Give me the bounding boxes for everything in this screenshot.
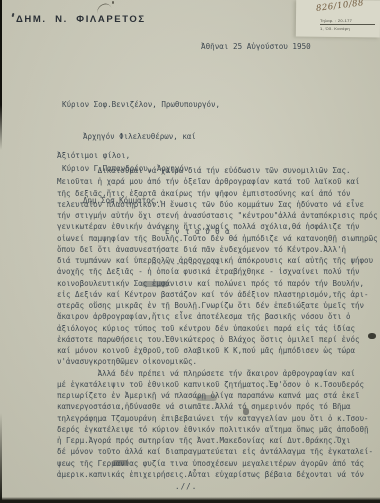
body-line: Ἀλλά δέν πρέπει νά πληρώσετε τήν ἄκαιρον… bbox=[57, 368, 379, 379]
body-line: μέ ἐγκατάλειψιν τοῦ ἐθνικοῦ καπνικοῦ ζητ… bbox=[57, 379, 379, 390]
body-line: τελευταῖον πλαστηρικόν.Ἡ ἕνωσις τῶν δύο … bbox=[57, 199, 379, 210]
body-line: καπνεργοστάσια,ἠδύνασθε νά σιωπᾶτε.Ἀλλά … bbox=[57, 401, 379, 412]
salutation: Ἀξιότιμοι φίλοι, bbox=[57, 151, 130, 160]
recipient-line: Κύριον Σοφ.Βενιζέλον, Πρωθυπουργόν, bbox=[62, 100, 230, 111]
body-line: ἀξιόλογος κύριος τύπος τοῦ κέντρου δέν ὑ… bbox=[57, 323, 379, 334]
body-line: καί μόνον κοινοῦ ἐχθροῦ,τοῦ σλαβικοῦ Κ Κ… bbox=[57, 345, 379, 356]
body-line: κοινοβουλευτικήν Σας ἐμφάνισιν καί πολών… bbox=[57, 278, 379, 289]
body-line: εἰς Δεξιάν καί Κέντρον βαστάζον καί τόν … bbox=[57, 289, 379, 300]
letterhead-address: 1, Ὁδ. Κανάρη bbox=[320, 26, 375, 31]
pencil-mark bbox=[95, 2, 112, 14]
body-line: ψεως τῆς Γερμανίας φυζία τινα ὑποσχέσεων… bbox=[57, 458, 379, 469]
scan-edge-bottom bbox=[0, 497, 380, 503]
letterhead-phone: Τηλεφ. : 20-177 bbox=[320, 18, 375, 23]
date-line: Ἀθῆναι 25 Αὐγούστου 1950 bbox=[201, 42, 311, 51]
body-line: οἱωνεί παμψηφίαν τῆς Βουλῆς.Τοῦτο δέν θά… bbox=[57, 233, 379, 244]
scan-edge-left bbox=[0, 0, 2, 150]
body-line: ἡ Γερμ.Ἀγορά πρός σωτηρίαν τῆς Ἀνατ.Μακε… bbox=[57, 435, 379, 446]
body-line: ἀνοχῆς τῆς Δεξιᾶς - ἡ ὁποία φυσικά ἐτραβ… bbox=[57, 266, 379, 277]
body-line: ν'ἀνασυγκροτηθῶμεν οἰκονομικῶς. bbox=[57, 356, 379, 367]
body-line: ὅπου δεῖ ὅτι ἀνασυνεστήσατε διά πᾶν ἐνδε… bbox=[57, 244, 379, 255]
body-line: στερᾶς οὔσης μικρᾶς ἐν τῇ Βουλῇ.Γνωρίζω … bbox=[57, 300, 379, 311]
body-line: ἑκάστοτε παρωθήσεις του.Ἐθνικώτερος ὁ Βλ… bbox=[57, 334, 379, 345]
scan-edge-left-bottom bbox=[0, 413, 2, 503]
letterhead-name: ΔΗΜ. Ν. ΦΙΛΑΡΕΤΟΣ bbox=[16, 14, 146, 25]
body-line: ἄκαιρον ἀρθρογραφίαν,ἥτις εἶνε ἀποτέλεσμ… bbox=[57, 311, 379, 322]
body-line: τηλεγράφημα Τζαμουράνη ἐπιβεβαιώνει τήν … bbox=[57, 413, 379, 424]
body-line: ἀμερικ.καπνικάς ἐπιχειρήσεις.Αὗται εὐχαρ… bbox=[57, 469, 379, 480]
recipient-line: Ἀρχηγόν Φιλελευθέρων, καί bbox=[62, 132, 230, 143]
body-line: δερός ἐγκατέλειψε τό κύριον ἐθνικόν πολι… bbox=[57, 424, 379, 435]
body-line: τήν στιγμήν αὐτήν ὄχι στενή ἀνασύστασις … bbox=[57, 210, 379, 221]
pencil-dot bbox=[112, 1, 114, 4]
letter-body: Δικαιοῦμαι νά χαίρω διά τήν εὐόδωσιν τῶν… bbox=[57, 165, 379, 480]
body-line: Μειοῦται ἡ χαρά μου ἀπό τήν ὀξεῖαν ἀρθρο… bbox=[57, 176, 379, 187]
body-line: τῆς δεξιᾶς,ἥτις ἐξαρτᾶ ἀκαίρως τήν ψῆφον… bbox=[57, 188, 379, 199]
stray-ink-mark bbox=[12, 13, 15, 17]
body-line: δέ μόνον τοῦτο ἀλλά καί διαπραγματεύεται… bbox=[57, 446, 379, 457]
body-line: Δικαιοῦμαι νά χαίρω διά τήν εὐόδωσιν τῶν… bbox=[57, 165, 379, 176]
body-line: περιωρίζετο ἐν Ἀμερικῇ νά πλασάρῃ ὀλίγα … bbox=[57, 390, 379, 401]
letter-page: ΔΗΜ. Ν. ΦΙΛΑΡΕΤΟΣ 826/10/88 Τηλεφ. : 20-… bbox=[0, 0, 380, 503]
body-line: γενικωτέραν ἐθνικήν ἀνάγκην ἥτις,χωρίς π… bbox=[57, 221, 379, 232]
letterhead-contact-block: Τηλεφ. : 20-177 1, Ὁδ. Κανάρη bbox=[320, 18, 375, 31]
contact-divider bbox=[320, 24, 375, 25]
body-line: διά τυμπάνων καί ὑπερβολῶν ἀρθρογραφική … bbox=[57, 255, 379, 266]
continuation-mark: .//. bbox=[175, 482, 197, 491]
